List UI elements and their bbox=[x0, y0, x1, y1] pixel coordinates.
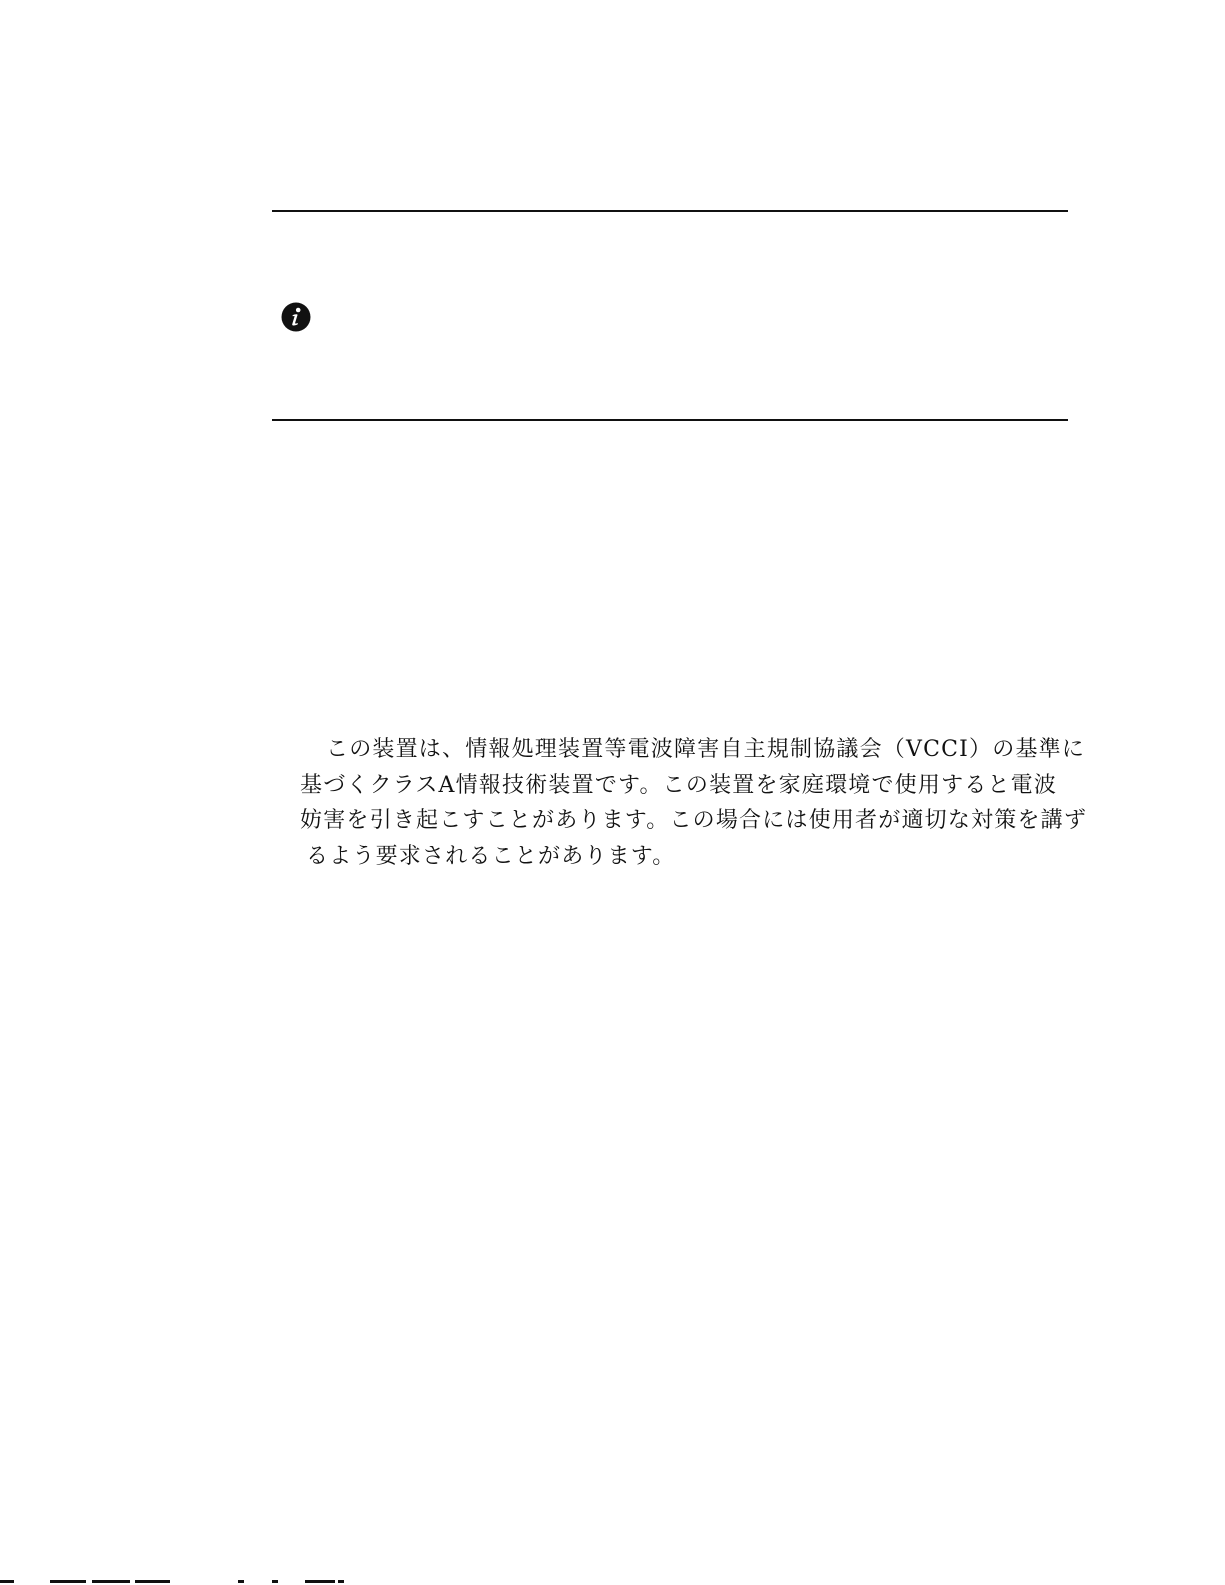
vcci-notice-line: 基づくクラスA情報技術装置です。この装置を家庭環境で使用すると電波 bbox=[300, 768, 1060, 804]
vcci-notice-line: 妨害を引き起こすことがあります。この場合には使用者が適切な対策を講ず bbox=[300, 803, 1060, 839]
vcci-notice-line: るよう要求されることがあります。 bbox=[300, 839, 1060, 875]
vcci-notice-line: この装置は、情報処理装置等電波障害自主規制協議会（VCCI）の基準に bbox=[300, 732, 1060, 768]
cut-off-footer-text bbox=[0, 1580, 400, 1585]
notice-top-rule bbox=[272, 210, 1068, 212]
notice-bottom-rule bbox=[272, 419, 1068, 421]
vcci-notice-paragraph: この装置は、情報処理装置等電波障害自主規制協議会（VCCI）の基準に 基づくクラ… bbox=[300, 732, 1060, 874]
info-icon bbox=[281, 302, 311, 332]
